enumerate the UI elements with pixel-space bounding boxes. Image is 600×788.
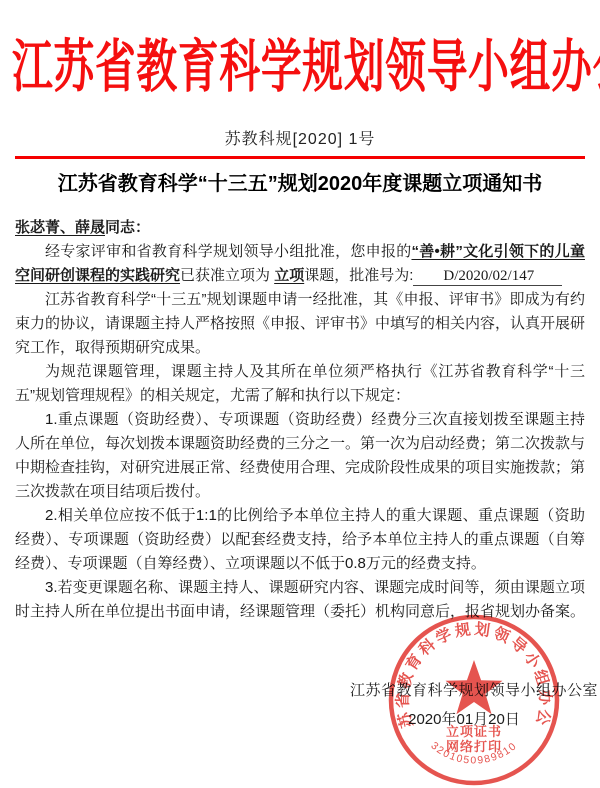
- paragraph-agreement: 江苏省教育科学“十三五”规划课题申请一经批准，其《申报、评审书》即成为有约束力的…: [15, 288, 585, 360]
- official-seal: 江苏省教育科学规划领导小组办公室 立项证书 网络打印 3201050989810: [386, 612, 562, 788]
- document-number: 苏教科规[2020] 1号: [0, 129, 600, 151]
- approval-number: D/2020/02/147: [413, 267, 562, 286]
- paragraph-regulations-intro: 为规范课题管理，课题主持人及其所在单位须严格执行《江苏省教育科学“十三五”规划管…: [15, 360, 585, 408]
- regulation-item-2: 2.相关单位应按不低于1:1的比例给予本单位主持人的重大课题、重点课题（资助经费…: [15, 504, 585, 576]
- project-category: 立项: [274, 267, 304, 284]
- salutation-suffix: 同志：: [105, 219, 150, 236]
- seal-center-line1: 立项证书: [446, 724, 502, 739]
- paragraph-approval: 经专家评审和省教育科学规划领导小组批准，您申报的“善•耕”文化引领下的儿童空间研…: [15, 240, 585, 288]
- seal-ring-text: 江苏省教育科学规划领导小组办公室: [386, 612, 554, 730]
- regulation-item-1: 1.重点课题（资助经费）、专项课题（资助经费）经费分三次直接划拨至课题主持人所在…: [15, 408, 585, 504]
- document-title: 江苏省教育科学“十三五”规划2020年度课题立项通知书: [0, 169, 600, 199]
- red-divider-rule: [15, 156, 585, 159]
- salutation-line: 张苾菁、薛晟同志：: [15, 216, 585, 240]
- seal-star-icon: [446, 660, 503, 714]
- document-body: 张苾菁、薛晟同志： 经专家评审和省教育科学规划领导小组批准，您申报的“善•耕”文…: [15, 216, 585, 624]
- para1-lead: 经专家评审和省教育科学规划领导小组批准，您申报的: [45, 243, 411, 260]
- para1-mid: 已获准立项为: [180, 267, 274, 284]
- notice-document-page: 江苏省教育科学规划领导小组办公室 苏教科规[2020] 1号 江苏省教育科学“十…: [0, 0, 600, 788]
- issuer-header: 江苏省教育科学规划领导小组办公室: [12, 34, 600, 100]
- recipient-names: 张苾菁、薛晟: [15, 219, 105, 236]
- para1-tail: 课题，批准号为:: [304, 267, 413, 284]
